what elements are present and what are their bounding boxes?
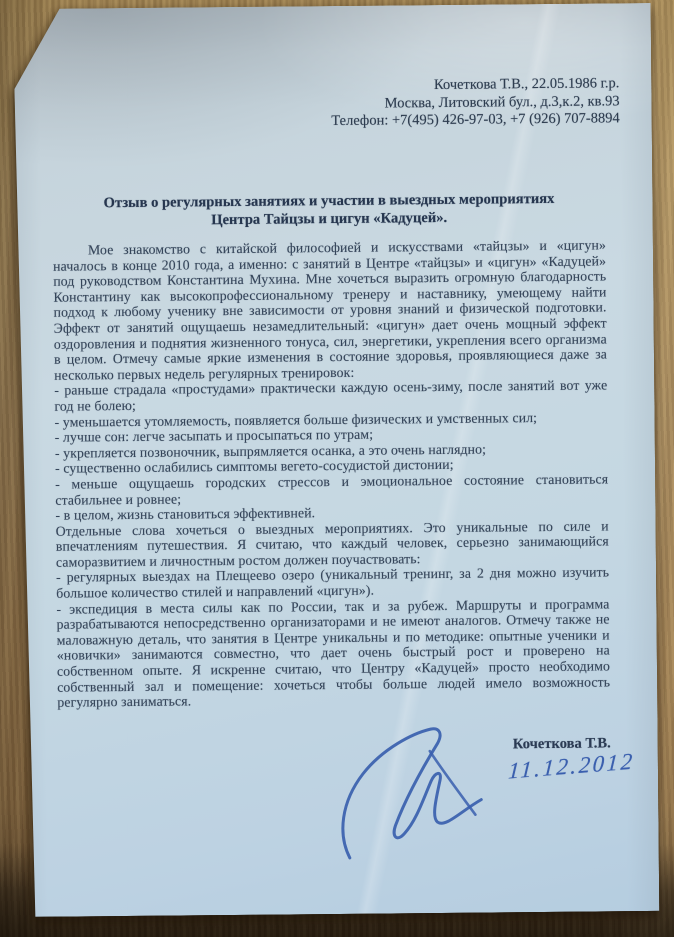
paper-document: Кочеткова Т.В., 22.05.1986 г.р. Москва, …	[14, 3, 660, 917]
paragraph: Отдельные слова хочеться о выездных меро…	[56, 518, 609, 570]
document-title: Отзыв о регулярных занятиях и участии в …	[52, 189, 605, 230]
signer-name: Кочеткова Т.В.	[451, 735, 611, 754]
letterhead-contact-block: Кочеткова Т.В., 22.05.1986 г.р. Москва, …	[331, 75, 620, 131]
document-body: Мое знакомство с китайской философией и …	[53, 237, 610, 710]
author-name-line: Кочеткова Т.В., 22.05.1986 г.р.	[331, 75, 620, 95]
paragraph: Мое знакомство с китайской философией и …	[53, 237, 607, 383]
list-item-paragraph: - экспедиция в места силы как по России,…	[56, 596, 610, 710]
phone-line: Телефон: +7(495) 426-97-03, +7 (926) 707…	[331, 110, 620, 130]
photo-of-document: Кочеткова Т.В., 22.05.1986 г.р. Москва, …	[0, 0, 674, 937]
